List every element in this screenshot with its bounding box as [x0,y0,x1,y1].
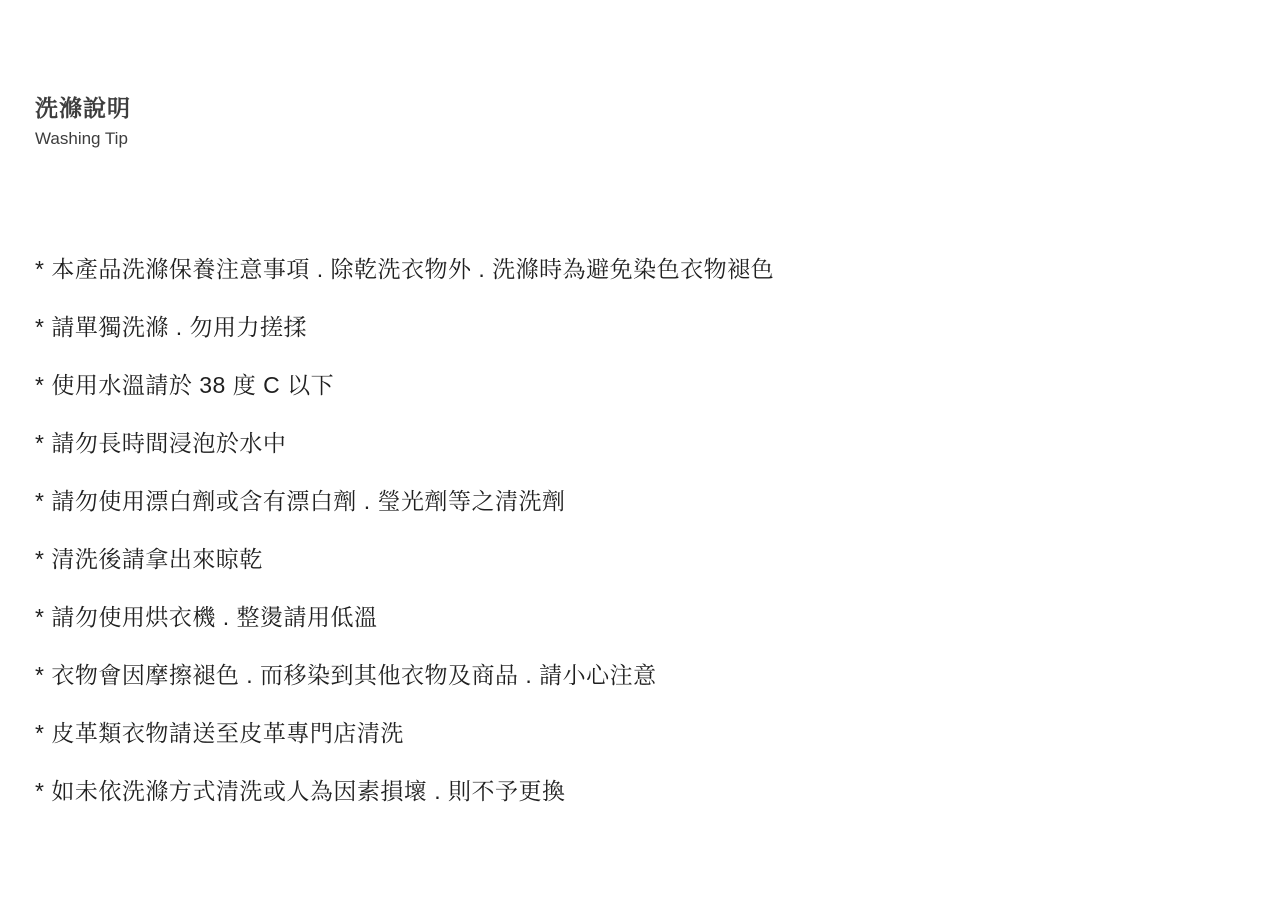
instruction-line: * 使用水溫請於 38 度 C 以下 [35,374,1245,397]
instruction-line: * 衣物會因摩擦褪色 . 而移染到其他衣物及商品 . 請小心注意 [35,664,1245,687]
page-title: 洗滌說明 [35,95,1245,123]
instruction-line: * 請勿使用烘衣機 . 整燙請用低溫 [35,606,1245,629]
instruction-line: * 清洗後請拿出來晾乾 [35,548,1245,571]
instruction-line: * 請單獨洗滌 . 勿用力搓揉 [35,316,1245,339]
washing-instructions-list: * 本產品洗滌保養注意事項 . 除乾洗衣物外 . 洗滌時為避免染色衣物褪色* 請… [35,258,1245,803]
instruction-line: * 如未依洗滌方式清洗或人為因素損壞 . 則不予更換 [35,780,1245,803]
washing-tip-page: 洗滌說明 Washing Tip * 本產品洗滌保養注意事項 . 除乾洗衣物外 … [35,95,1245,838]
instruction-line: * 本產品洗滌保養注意事項 . 除乾洗衣物外 . 洗滌時為避免染色衣物褪色 [35,258,1245,281]
instruction-line: * 皮革類衣物請送至皮革專門店清洗 [35,722,1245,745]
page-subtitle: Washing Tip [35,129,1245,149]
instruction-line: * 請勿長時間浸泡於水中 [35,432,1245,455]
instruction-line: * 請勿使用漂白劑或含有漂白劑 . 瑩光劑等之清洗劑 [35,490,1245,513]
